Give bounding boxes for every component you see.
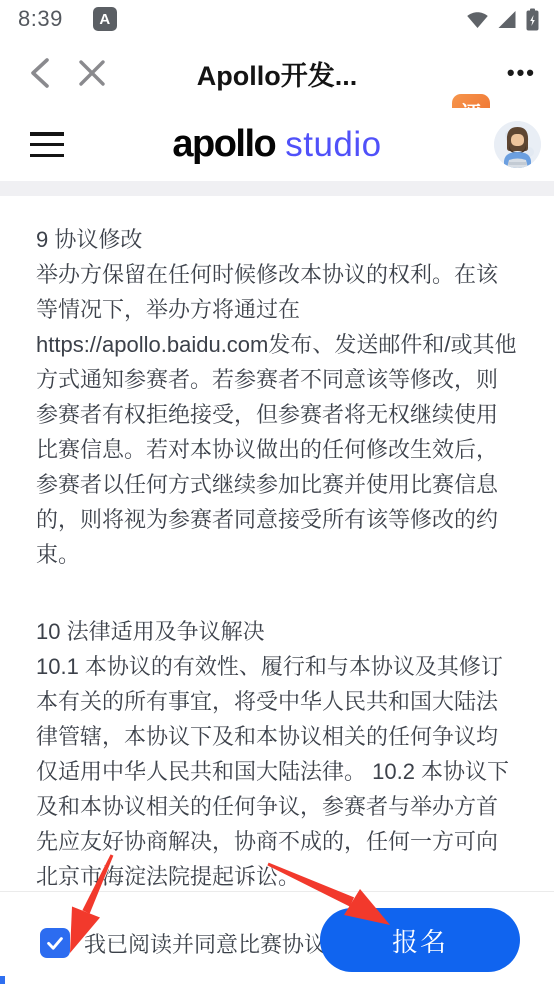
agreement-text-panel[interactable]: 9 协议修改 举办方保留在任何时候修改本协议的权利。在该等情况下，举办方将通过在…	[0, 196, 554, 891]
more-menu-button[interactable]: •••	[507, 38, 536, 108]
notification-app-badge: A	[93, 7, 117, 31]
status-bar: 8:39 A	[0, 0, 554, 38]
phone-screen: 8:39 A Apollo开发...	[0, 0, 554, 984]
section-body: 10.1 本协议的有效性、履行和与本协议及其修订本有关的所有事宜，将受中华人民共…	[36, 649, 518, 891]
agree-checkbox[interactable]	[40, 928, 70, 958]
logo-apollo: apollo	[172, 123, 275, 166]
battery-charging-icon	[525, 8, 540, 31]
signup-button[interactable]: 报名	[320, 908, 520, 972]
section-heading: 9 协议修改	[36, 222, 518, 257]
agree-checkbox-label[interactable]: 我已阅读并同意比赛协议	[84, 928, 326, 958]
section-body: 举办方保留在任何时候修改本协议的权利。在该等情况下，举办方将通过在https:/…	[36, 257, 518, 572]
cellular-signal-icon	[497, 10, 517, 29]
wifi-icon	[466, 10, 489, 29]
apollo-studio-logo: apollo studio	[0, 108, 554, 181]
header-content-divider	[0, 181, 554, 196]
agreement-section-10: 10 法律适用及争议解决 10.1 本协议的有效性、履行和与本协议及其修订本有关…	[36, 614, 518, 891]
status-icons	[466, 8, 540, 31]
section-heading: 10 法律适用及争议解决	[36, 614, 518, 649]
webview-nav-bar: Apollo开发... 评 •••	[0, 38, 554, 108]
logo-studio: studio	[285, 125, 381, 165]
agreement-section-9: 9 协议修改 举办方保留在任何时候修改本协议的权利。在该等情况下，举办方将通过在…	[36, 222, 518, 572]
selection-handle-artifact	[0, 976, 5, 984]
site-header: apollo studio	[0, 108, 554, 181]
footer-action-bar: 我已阅读并同意比赛协议 报名	[0, 891, 554, 984]
clock: 8:39	[18, 6, 63, 32]
user-avatar[interactable]	[494, 121, 541, 168]
